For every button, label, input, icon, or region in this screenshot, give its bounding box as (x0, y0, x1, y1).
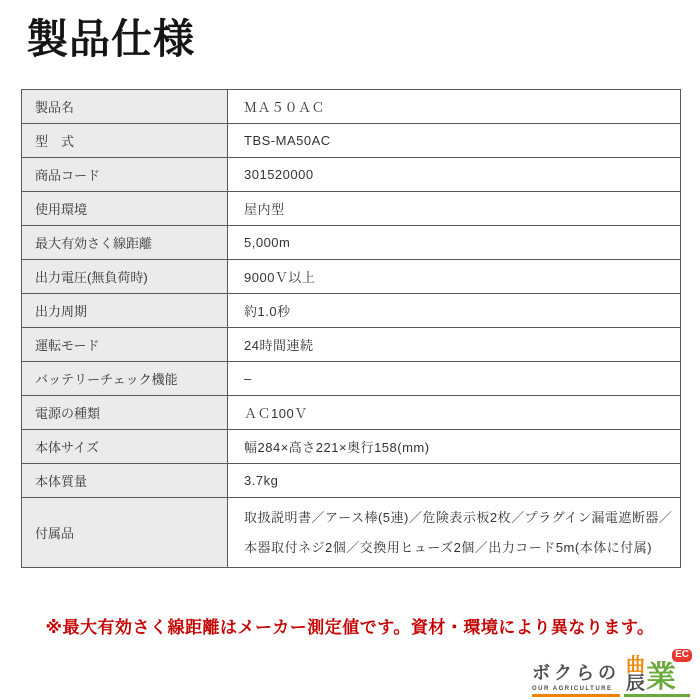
table-row: 電源の種類 ＡＣ100Ｖ (22, 396, 681, 430)
table-row: 付属品 取扱説明書／アース棒(5連)／危険表示板2枚／プラグイン漏電遮断器／ 本… (22, 498, 681, 568)
table-row: 使用環境 屋内型 (22, 192, 681, 226)
spec-label: 電源の種類 (22, 396, 228, 430)
table-row: 商品コード 301520000 (22, 158, 681, 192)
spec-value: ＭＡ５０ＡＣ (228, 90, 681, 124)
table-row: 製品名 ＭＡ５０ＡＣ (22, 90, 681, 124)
spec-label: バッテリーチェック機能 (22, 362, 228, 396)
logo-tagline: OUR AGRICULTURE (532, 686, 613, 692)
table-row: 本体サイズ 幅284×高さ221×奥行158(mm) (22, 430, 681, 464)
shop-logo: ボクらの OUR AGRICULTURE 曲 辰 業 EC (532, 657, 690, 697)
spec-label: 型 式 (22, 124, 228, 158)
spec-value: 9000Ｖ以上 (228, 260, 681, 294)
product-spec-page: 製品仕様 製品名 ＭＡ５０ＡＣ 型 式 TBS-MA50AC 商品コード 301… (0, 0, 700, 700)
spec-label: 最大有効さく線距離 (22, 226, 228, 260)
spec-value: 幅284×高さ221×奥行158(mm) (228, 430, 681, 464)
spec-label: 使用環境 (22, 192, 228, 226)
logo-mark-bottom-glyph: 辰 (626, 675, 645, 693)
spec-label: 出力周期 (22, 294, 228, 328)
table-row: 出力電圧(無負荷時) 9000Ｖ以上 (22, 260, 681, 294)
spec-value: ＡＣ100Ｖ (228, 396, 681, 430)
agriculture-logo-icon: 曲 辰 業 EC (624, 657, 690, 697)
spec-label: 付属品 (22, 498, 228, 568)
spec-table: 製品名 ＭＡ５０ＡＣ 型 式 TBS-MA50AC 商品コード 30152000… (21, 89, 681, 568)
spec-value: – (228, 362, 681, 396)
table-row: 運転モード 24時間連続 (22, 328, 681, 362)
spec-value: 301520000 (228, 158, 681, 192)
table-row: バッテリーチェック機能 – (22, 362, 681, 396)
footnote: ※最大有効さく線距離はメーカー測定値です。資材・環境により異なります。 (0, 613, 700, 638)
table-row: 型 式 TBS-MA50AC (22, 124, 681, 158)
logo-mark-left: 曲 辰 (626, 657, 645, 693)
table-row: 最大有効さく線距離 5,000m (22, 226, 681, 260)
table-row: 本体質量 3.7kg (22, 464, 681, 498)
table-row: 出力周期 約1.0秒 (22, 294, 681, 328)
spec-label: 出力電圧(無負荷時) (22, 260, 228, 294)
spec-value: 屋内型 (228, 192, 681, 226)
spec-value: TBS-MA50AC (228, 124, 681, 158)
spec-value: 約1.0秒 (228, 294, 681, 328)
spec-value: 5,000m (228, 226, 681, 260)
spec-value: 24時間連続 (228, 328, 681, 362)
spec-label: 本体質量 (22, 464, 228, 498)
ec-badge: EC (672, 649, 692, 662)
logo-mark-right-glyph: 業 (646, 663, 676, 693)
spec-label: 本体サイズ (22, 430, 228, 464)
logo-wordmark: ボクらの OUR AGRICULTURE (532, 664, 620, 697)
spec-label: 運転モード (22, 328, 228, 362)
spec-label: 商品コード (22, 158, 228, 192)
logo-name: ボクらの (532, 664, 620, 684)
spec-label: 製品名 (22, 90, 228, 124)
page-title: 製品仕様 (27, 6, 195, 65)
spec-value: 3.7kg (228, 464, 681, 498)
spec-value: 取扱説明書／アース棒(5連)／危険表示板2枚／プラグイン漏電遮断器／ 本器取付ネ… (228, 498, 681, 568)
